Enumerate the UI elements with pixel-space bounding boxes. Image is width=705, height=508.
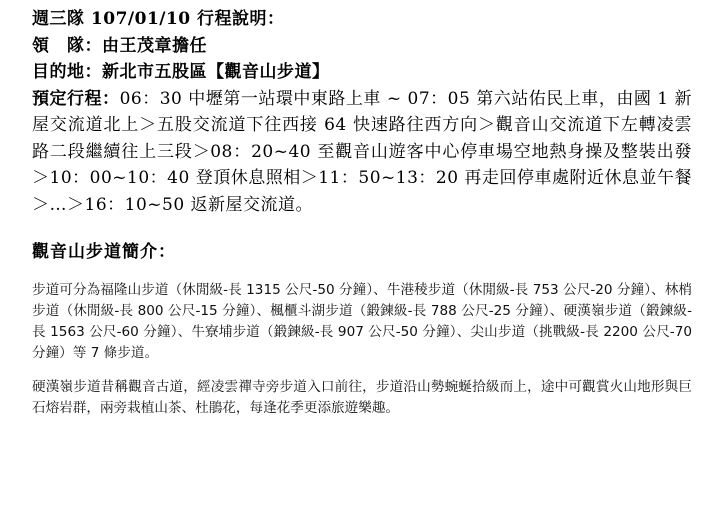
leader-row: 領 隊：由王茂章擔任 [32, 33, 692, 60]
itinerary-paragraph: 預定行程：06：30 中壢第一站環中東路上車 ~ 07：05 第六站佑民上車，由… [32, 86, 692, 219]
itinerary-text: 06：30 中壢第一站環中東路上車 ~ 07：05 第六站佑民上車，由國 1 新… [32, 89, 692, 215]
document-page: 週三隊 107/01/10 行程說明： 領 隊：由王茂章擔任 目的地：新北市五股… [32, 0, 692, 419]
destination-label: 目的地： [32, 62, 102, 82]
intro-heading: 觀音山步道簡介： [32, 240, 692, 264]
itinerary-label: 預定行程： [32, 89, 120, 109]
page-title: 週三隊 107/01/10 行程說明： [32, 6, 692, 33]
leader-label: 領 隊： [32, 36, 102, 56]
destination-row: 目的地：新北市五股區【觀音山步道】 [32, 59, 692, 86]
intro-paragraph-yinghanling: 硬漢嶺步道昔稱觀音古道，經凌雲禪寺旁步道入口前往，步道沿山勢蜿蜒拾級而上，途中可… [32, 377, 692, 419]
itinerary-section: 週三隊 107/01/10 行程說明： 領 隊：由王茂章擔任 目的地：新北市五股… [32, 0, 692, 218]
destination-value: 新北市五股區【觀音山步道】 [102, 62, 330, 82]
leader-value: 由王茂章擔任 [102, 36, 207, 56]
intro-paragraph-trails: 步道可分為福隆山步道（休閒級-長 1315 公尺-50 分鐘）、牛港稜步道（休閒… [32, 280, 692, 364]
